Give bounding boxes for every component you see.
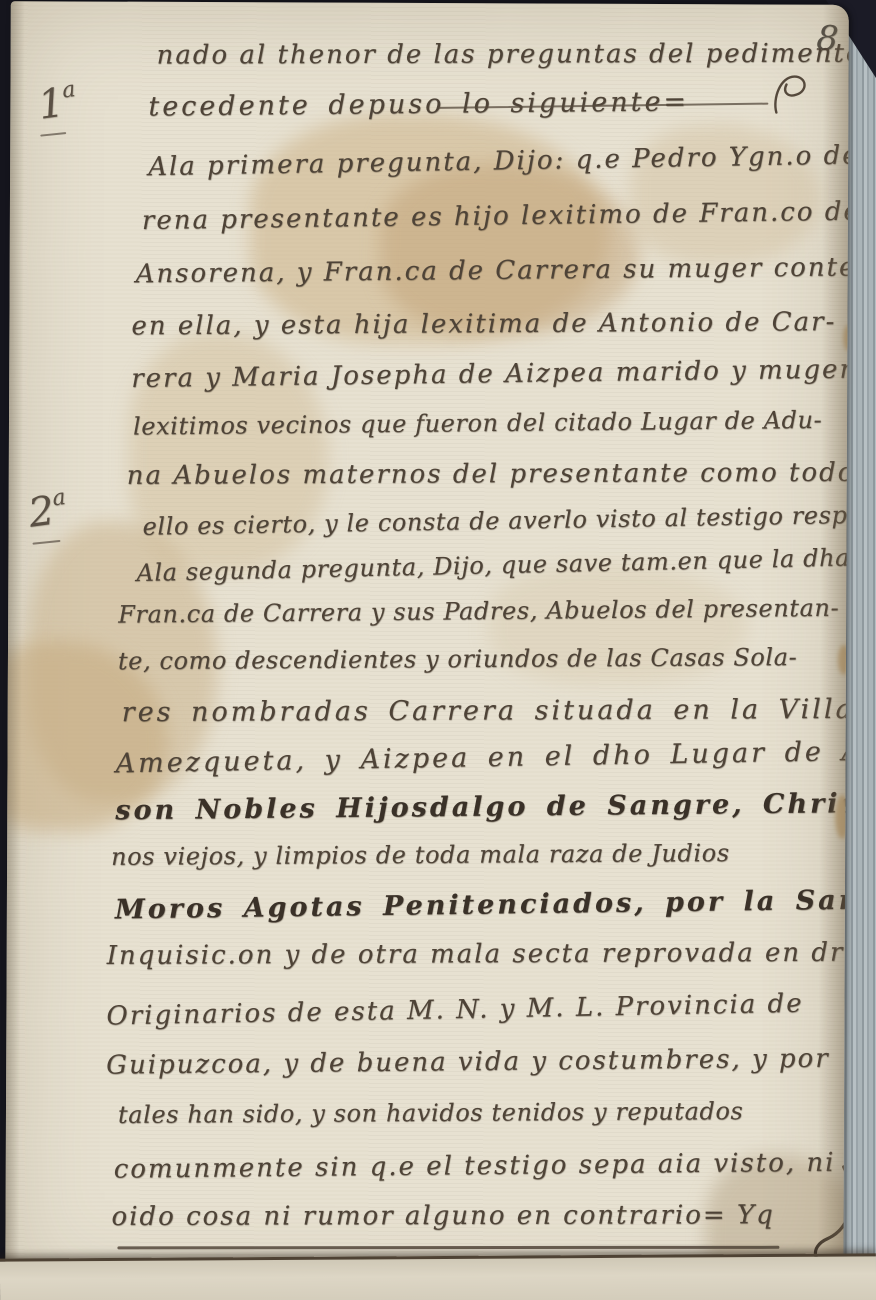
margin-note-question-2: 2a xyxy=(26,485,71,537)
ink-flourish-icon xyxy=(770,70,812,118)
manuscript-line: en ella, y esta hija lexitima de Antonio… xyxy=(131,307,836,341)
manuscript-line: te, como descendientes y oriundos de las… xyxy=(118,643,797,675)
margin-note-question-1: 1a xyxy=(35,77,80,129)
manuscript-line: tales han sido, y son havidos tenidos y … xyxy=(118,1097,744,1129)
manuscript-photo: 8 1a 2a nado al thenor de las preguntas … xyxy=(0,0,876,1300)
margin-note-ordinal: a xyxy=(51,485,67,512)
closing-rule xyxy=(117,1246,779,1250)
manuscript-line: nado al thenor de las preguntas del pedi… xyxy=(157,38,849,70)
manuscript-line: oido cosa ni rumor alguno en contrario= … xyxy=(111,1200,774,1232)
next-page-crease xyxy=(0,1253,876,1300)
manuscript-line: nos viejos, y limpios de toda mala raza … xyxy=(111,839,730,871)
margin-note-ordinal: a xyxy=(61,77,77,104)
manuscript-line: Inquisic.on y de otra mala secta reprova… xyxy=(107,938,849,971)
manuscript-line: res nombradas Carrera situada en la Vill… xyxy=(122,694,849,728)
manuscript-page: 8 1a 2a nado al thenor de las preguntas … xyxy=(5,1,849,1300)
manuscript-line: na Abuelos maternos del presentante como… xyxy=(127,458,849,491)
